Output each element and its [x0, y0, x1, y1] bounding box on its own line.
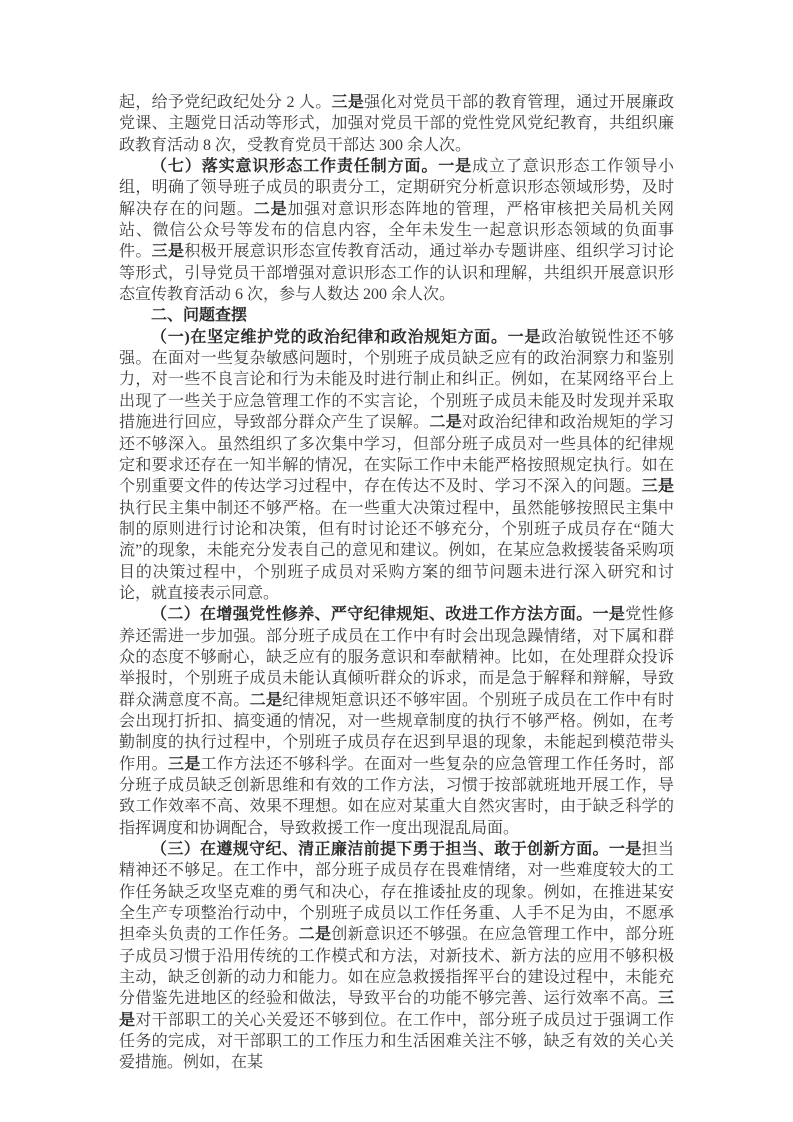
- paragraph-section-7-ideology-responsibility: （七）落实意识形态工作责任制方面。一是成立了意识形态工作领导小组，明确了领导班子…: [119, 156, 674, 305]
- bold-text-run: 三是: [152, 243, 185, 260]
- paragraph-continuation-discipline-education: 起，给予党纪政纪处分 2 人。三是强化对党员干部的教育管理，通过开展廉政党课、主…: [119, 92, 674, 156]
- text-run: 对干部职工的关心关爱还不够到位。在工作中，部分班子成员过于强调工作任务的完成，对…: [119, 1012, 674, 1072]
- paragraph-issue-2-party-spirit: （二）在增强党性修养、严守纪律规矩、改进工作方法方面。一是党性修养还需进一步加强…: [119, 604, 674, 839]
- text-run: 起，给予党纪政纪处分 2 人。: [119, 94, 332, 111]
- bold-text-run: 二是: [250, 692, 283, 709]
- paragraph-issue-1-political-discipline: （一)在坚定维护党的政治纪律和政治规矩方面。一是政治敏锐性还不够强。在面对一些复…: [119, 327, 674, 604]
- heading-section-2-problem-inspection: 二、问题查摆: [119, 305, 674, 326]
- paragraph-issue-3-responsibility-innovation: （三）在遵规守纪、清正廉洁前提下勇于担当、敢于创新方面。一是担当精神还不够足。在…: [119, 839, 674, 1074]
- bold-text-run: （三）在遵规守纪、清正廉洁前提下勇于担当、敢于创新方面。一是: [151, 841, 642, 858]
- bold-text-run: （一)在坚定维护党的政治纪律和政治规矩方面。一是: [151, 329, 541, 346]
- text-run: 工作方法还不够科学。在面对一些复杂的应急管理工作任务时，部分班子成员缺乏创新思维…: [119, 756, 674, 837]
- bold-text-run: 二是: [299, 926, 332, 943]
- bold-text-run: 二是: [429, 414, 462, 431]
- bold-text-run: 三是: [332, 94, 365, 111]
- document-body: 起，给予党纪政纪处分 2 人。三是强化对党员干部的教育管理，通过开展廉政党课、主…: [119, 92, 674, 1074]
- text-run: 执行民主集中制还不够严格。在一些重大决策过程中，虽然能够按照民主集中制的原则进行…: [119, 500, 674, 602]
- text-run: 积极开展意识形态宣传教育活动，通过举办专题讲座、组织学习讨论等形式，引导党员干部…: [119, 243, 674, 303]
- bold-text-run: 二是: [254, 201, 288, 218]
- bold-text-run: （二）在增强党性修养、严守纪律规矩、改进工作方法方面。一是: [151, 606, 625, 623]
- bold-text-run: 三是: [168, 756, 201, 773]
- bold-text-run: （七）落实意识形态工作责任制方面。一是: [151, 158, 472, 175]
- bold-text-run: 二、问题查摆: [151, 307, 247, 324]
- bold-text-run: 三是: [642, 478, 674, 495]
- document-page: 起，给予党纪政纪处分 2 人。三是强化对党员干部的教育管理，通过开展廉政党课、主…: [0, 0, 793, 1122]
